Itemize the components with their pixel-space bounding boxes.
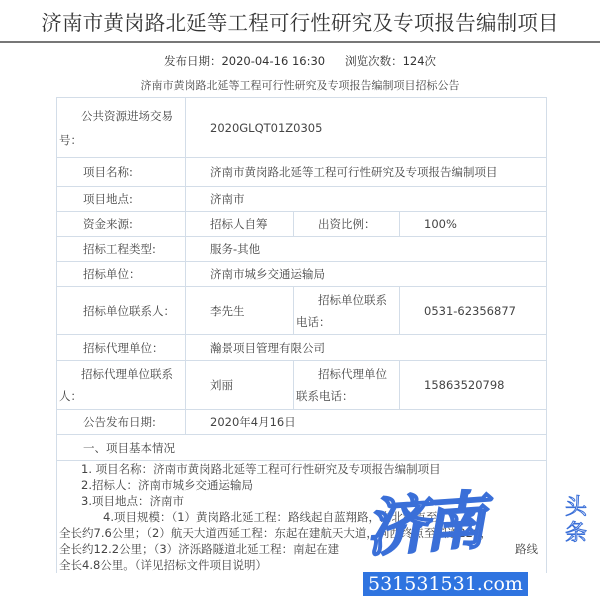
- table-row: 招标代理单位： 瀚景项目管理有限公司: [57, 335, 547, 361]
- page-title: 济南市黄岗路北延等工程可行性研究及专项报告编制项目: [0, 6, 600, 36]
- agent-label: 招标代理单位：: [57, 335, 186, 361]
- agent-contact-label: 招标代理单位联系 人：: [57, 361, 186, 410]
- funding-source-value: 招标人自筹: [186, 212, 294, 237]
- tenderer-phone-value: 0531-62356877: [400, 287, 547, 335]
- project-name-value: 济南市黄岗路北延等工程可行性研究及专项报告编制项目: [186, 158, 547, 187]
- trade-no-value: 2020GLQT01Z0305: [186, 98, 547, 158]
- project-type-label: 招标工程类型:: [57, 237, 186, 262]
- watermark-url: 531531531.com: [363, 572, 528, 596]
- funding-source-label: 资金来源:: [57, 212, 186, 237]
- publish-date: 发布日期：2020-04-16 16:30: [164, 54, 325, 68]
- agent-phone-value: 15863520798: [400, 361, 547, 410]
- agent-phone-label: 招标代理单位 联系电话：: [294, 361, 400, 410]
- table-row: 公共资源进场交易 号： 2020GLQT01Z0305: [57, 98, 547, 158]
- table-row: 招标工程类型: 服务-其他: [57, 237, 547, 262]
- section-heading: 一、项目基本情况: [57, 435, 547, 461]
- announcement-subtitle: 济南市黄岗路北延等工程可行性研究及专项报告编制项目招标公告: [0, 77, 600, 93]
- funding-ratio-label: 出资比例：: [294, 212, 400, 237]
- table-row: 项目名称: 济南市黄岗路北延等工程可行性研究及专项报告编制项目: [57, 158, 547, 187]
- table-row: 公告发布日期: 2020年4月16日: [57, 410, 547, 435]
- tenderer-value: 济南市城乡交通运输局: [186, 262, 547, 287]
- watermark-side-text: 头 条: [565, 495, 587, 547]
- table-row: 一、项目基本情况: [57, 435, 547, 461]
- announce-date-value: 2020年4月16日: [186, 410, 547, 435]
- funding-ratio-value: 100%: [400, 212, 547, 237]
- table-row: 项目地点: 济南市: [57, 187, 547, 212]
- tenderer-label: 招标单位：: [57, 262, 186, 287]
- article-meta: 发布日期：2020-04-16 16:30浏览次数：124次: [0, 53, 600, 69]
- project-type-value: 服务-其他: [186, 237, 547, 262]
- title-divider: [0, 41, 600, 43]
- agent-value: 瀚景项目管理有限公司: [186, 335, 547, 361]
- project-name-label: 项目名称:: [57, 158, 186, 187]
- trade-no-label: 公共资源进场交易 号：: [57, 98, 186, 158]
- table-row: 招标单位联系人： 李先生 招标单位联系 电话： 0531-62356877: [57, 287, 547, 335]
- table-row: 招标代理单位联系 人： 刘丽 招标代理单位 联系电话： 15863520798: [57, 361, 547, 410]
- tenderer-contact-label: 招标单位联系人：: [57, 287, 186, 335]
- announce-date-label: 公告发布日期:: [57, 410, 186, 435]
- tenderer-phone-label: 招标单位联系 电话：: [294, 287, 400, 335]
- table-row: 招标单位： 济南市城乡交通运输局: [57, 262, 547, 287]
- table-row: 资金来源: 招标人自筹 出资比例： 100%: [57, 212, 547, 237]
- project-location-label: 项目地点:: [57, 187, 186, 212]
- view-count: 浏览次数：124次: [345, 54, 436, 68]
- tenderer-contact-value: 李先生: [186, 287, 294, 335]
- agent-contact-value: 刘丽: [186, 361, 294, 410]
- watermark-brand: 济南: [362, 471, 484, 568]
- project-location-value: 济南市: [186, 187, 547, 212]
